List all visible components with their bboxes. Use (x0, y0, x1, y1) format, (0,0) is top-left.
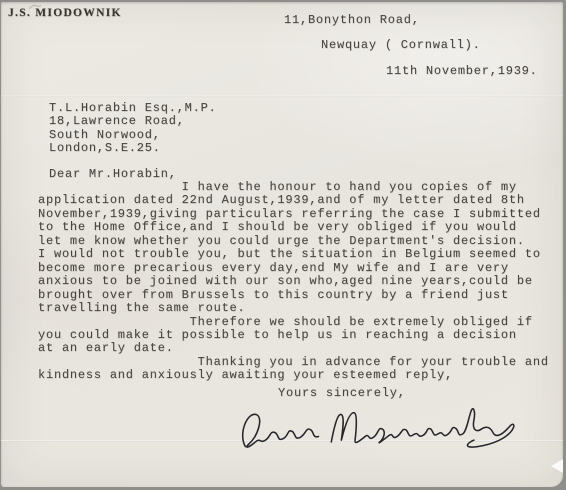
signature-first-name-stroke (243, 414, 319, 447)
recipient-address-line: T.L.Horabin Esq.,M.P. (49, 102, 217, 115)
recipient-address-line: 18,Lawrence Road, (49, 115, 217, 128)
body-line: brought over from Brussels to this count… (38, 289, 549, 302)
body-line: you could make it possible to help us in… (38, 329, 549, 342)
body-line: to the Home Office,and I should be very … (38, 221, 549, 234)
body-line: Therefore we should be extremely obliged… (38, 316, 549, 329)
body-line: Thanking you in advance for your trouble… (38, 356, 549, 369)
body-line: anxious to be joined with our son who,ag… (38, 275, 549, 288)
recipient-address-block: T.L.Horabin Esq.,M.P.18,Lawrence Road,So… (49, 102, 217, 156)
body-line: at an early date. (38, 342, 549, 355)
body-line: I would not trouble you, but the situati… (38, 248, 549, 261)
letter-date: 11th November,1939. (386, 65, 538, 78)
sender-address-line-2: Newquay ( Cornwall). (321, 39, 481, 52)
sender-address-line-1: 11,Bonython Road, (284, 14, 420, 27)
recipient-address-line: London,S.E.25. (49, 142, 217, 155)
letter-body: I have the honour to hand you copies of … (38, 181, 549, 383)
body-line: application dated 22nd August,1939,and o… (38, 194, 549, 207)
body-line: let me know whether you could urge the D… (38, 235, 549, 248)
paper-corner-fold (551, 459, 563, 473)
letter-paper: J.S. MIODOWNIK 11,Bonython Road, Newquay… (1, 2, 563, 487)
body-line: November,1939,giving particulars referri… (38, 208, 549, 221)
signature-last-name-stroke (331, 409, 513, 447)
paper-crease (1, 95, 563, 97)
body-line: I have the honour to hand you copies of … (38, 181, 549, 194)
body-line: travelling the same route. (38, 302, 549, 315)
ink-smudge (28, 3, 42, 11)
body-line: become more precarious every day,end My … (38, 262, 549, 275)
recipient-address-line: South Norwood, (49, 129, 217, 142)
body-line: kindness and anxiously awaiting your est… (38, 369, 549, 382)
handwritten-signature (221, 399, 533, 463)
scanned-letter: J.S. MIODOWNIK 11,Bonython Road, Newquay… (0, 0, 566, 490)
letterhead-name: J.S. MIODOWNIK (8, 7, 122, 19)
